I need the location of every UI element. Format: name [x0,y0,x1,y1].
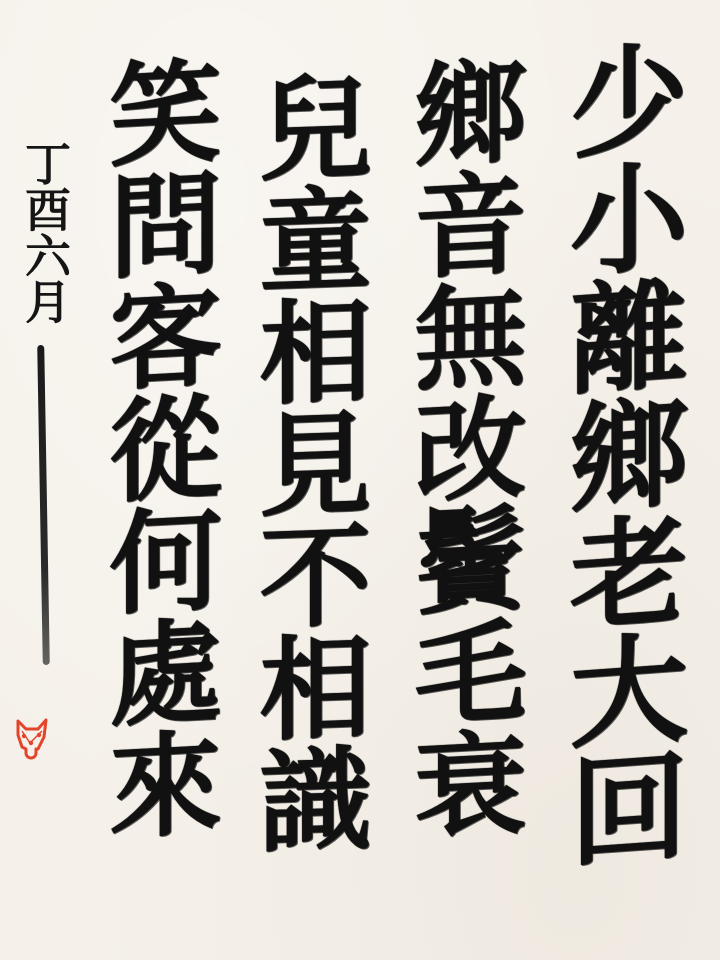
calligraphy-column-1: 少小離鄉老大回 [560,36,678,960]
calligraphy-column-4: 笑問客從何處來 [100,52,212,928]
red-seal-icon [12,715,52,765]
calligraphy-column-2: 鄉音無改鬢毛衰 [405,52,517,958]
signature-inscription: 丁酉六月 [22,140,68,324]
calligraphy-column-3: 兒童相見不相識 [250,68,362,952]
